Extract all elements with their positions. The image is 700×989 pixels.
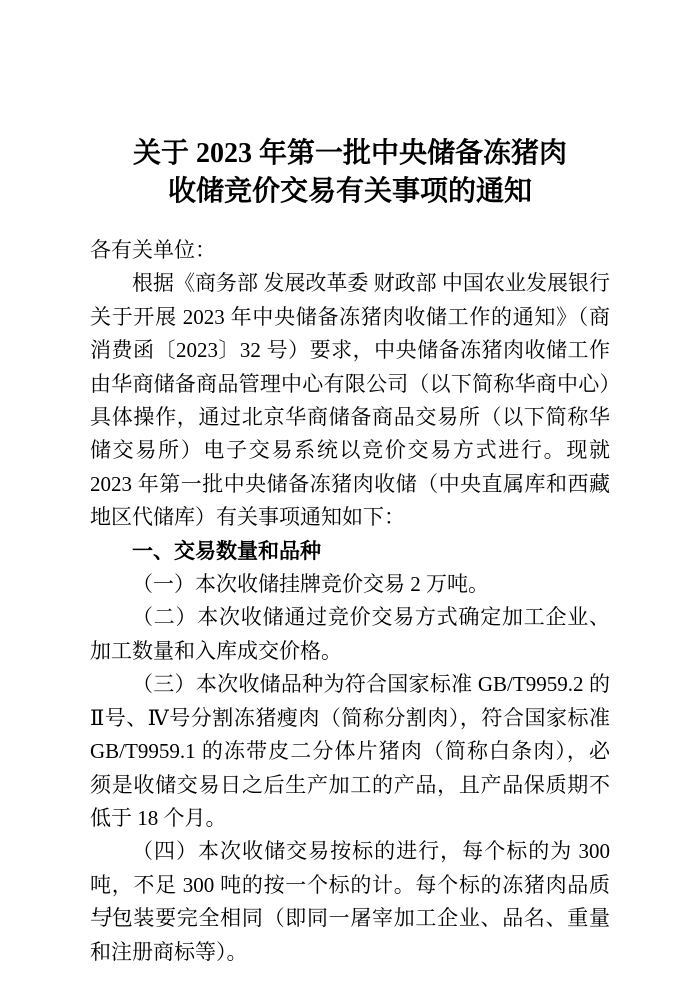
intro-paragraph: 根据《商务部 发展改革委 财政部 中国农业发展银行关于开展 2023 年中央储备… xyxy=(90,267,610,534)
document-title-line-2: 收储竞价交易有关事项的通知 xyxy=(90,173,610,211)
salutation: 各有关单位： xyxy=(90,234,610,267)
clause-item-2: （二）本次收储通过竞价交易方式确定加工企业、加工数量和入库成交价格。 xyxy=(90,601,610,668)
document-title: 关于 2023 年第一批中央储备冻猪肉 收储竞价交易有关事项的通知 xyxy=(90,135,610,211)
clause-item-3: （三）本次收储品种为符合国家标准 GB/T9959.2 的Ⅱ号、Ⅳ号分割冻猪瘦肉… xyxy=(90,668,610,835)
document-content: 关于 2023 年第一批中央储备冻猪肉 收储竞价交易有关事项的通知 各有关单位：… xyxy=(90,135,610,969)
page-number: - 1 - xyxy=(92,903,129,923)
document-title-line-1: 关于 2023 年第一批中央储备冻猪肉 xyxy=(90,135,610,173)
document-page: 关于 2023 年第一批中央储备冻猪肉 收储竞价交易有关事项的通知 各有关单位：… xyxy=(0,0,700,989)
clause-item-1: （一）本次收储挂牌竞价交易 2 万吨。 xyxy=(90,568,610,601)
clause-item-4: （四）本次收储交易按标的进行，每个标的为 300 吨，不足 300 吨的按一个标… xyxy=(90,835,610,969)
section-heading: 一、交易数量和品种 xyxy=(90,535,610,568)
